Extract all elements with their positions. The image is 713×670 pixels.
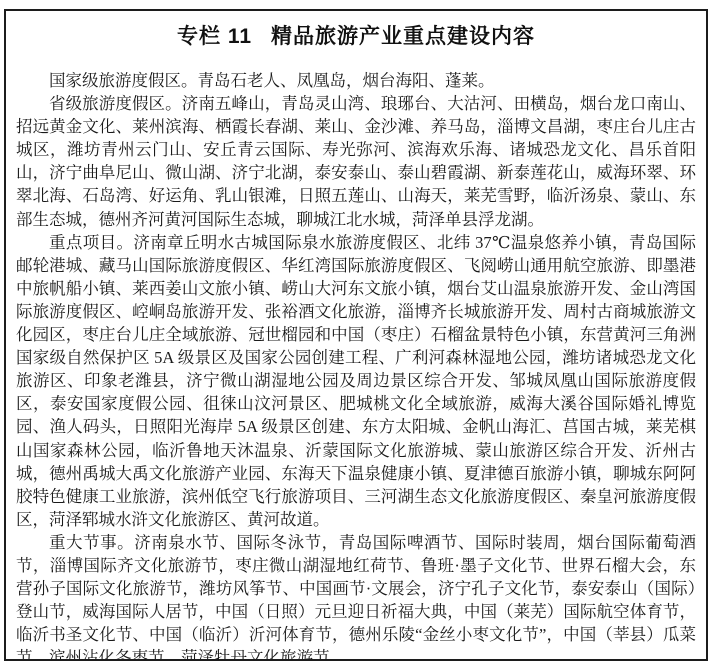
paragraph-provincial-resorts: 省级旅游度假区。济南五峰山，青岛灵山湾、琅琊台、大沽河、田横岛，烟台龙口南山、招…	[16, 92, 696, 231]
document-page: 专栏 11精品旅游产业重点建设内容 国家级旅游度假区。青岛石老人、凤凰岛，烟台海…	[0, 0, 713, 670]
paragraph-national-resorts: 国家级旅游度假区。青岛石老人、凤凰岛，烟台海阳、蓬莱。	[16, 69, 696, 92]
column-11-panel: 专栏 11精品旅游产业重点建设内容 国家级旅游度假区。青岛石老人、凤凰岛，烟台海…	[4, 9, 708, 661]
paragraph-key-projects: 重点项目。济南章丘明水古城国际泉水旅游度假区、北纬 37℃温泉悠养小镇，青岛国际…	[16, 231, 696, 531]
panel-title: 专栏 11精品旅游产业重点建设内容	[16, 23, 696, 50]
panel-title-label: 专栏 11	[177, 25, 252, 48]
panel-title-text: 精品旅游产业重点建设内容	[271, 25, 535, 48]
paragraph-major-festivals: 重大节事。济南泉水节、国际冬泳节，青岛国际啤酒节、国际时装周，烟台国际葡萄酒节，…	[16, 531, 696, 661]
